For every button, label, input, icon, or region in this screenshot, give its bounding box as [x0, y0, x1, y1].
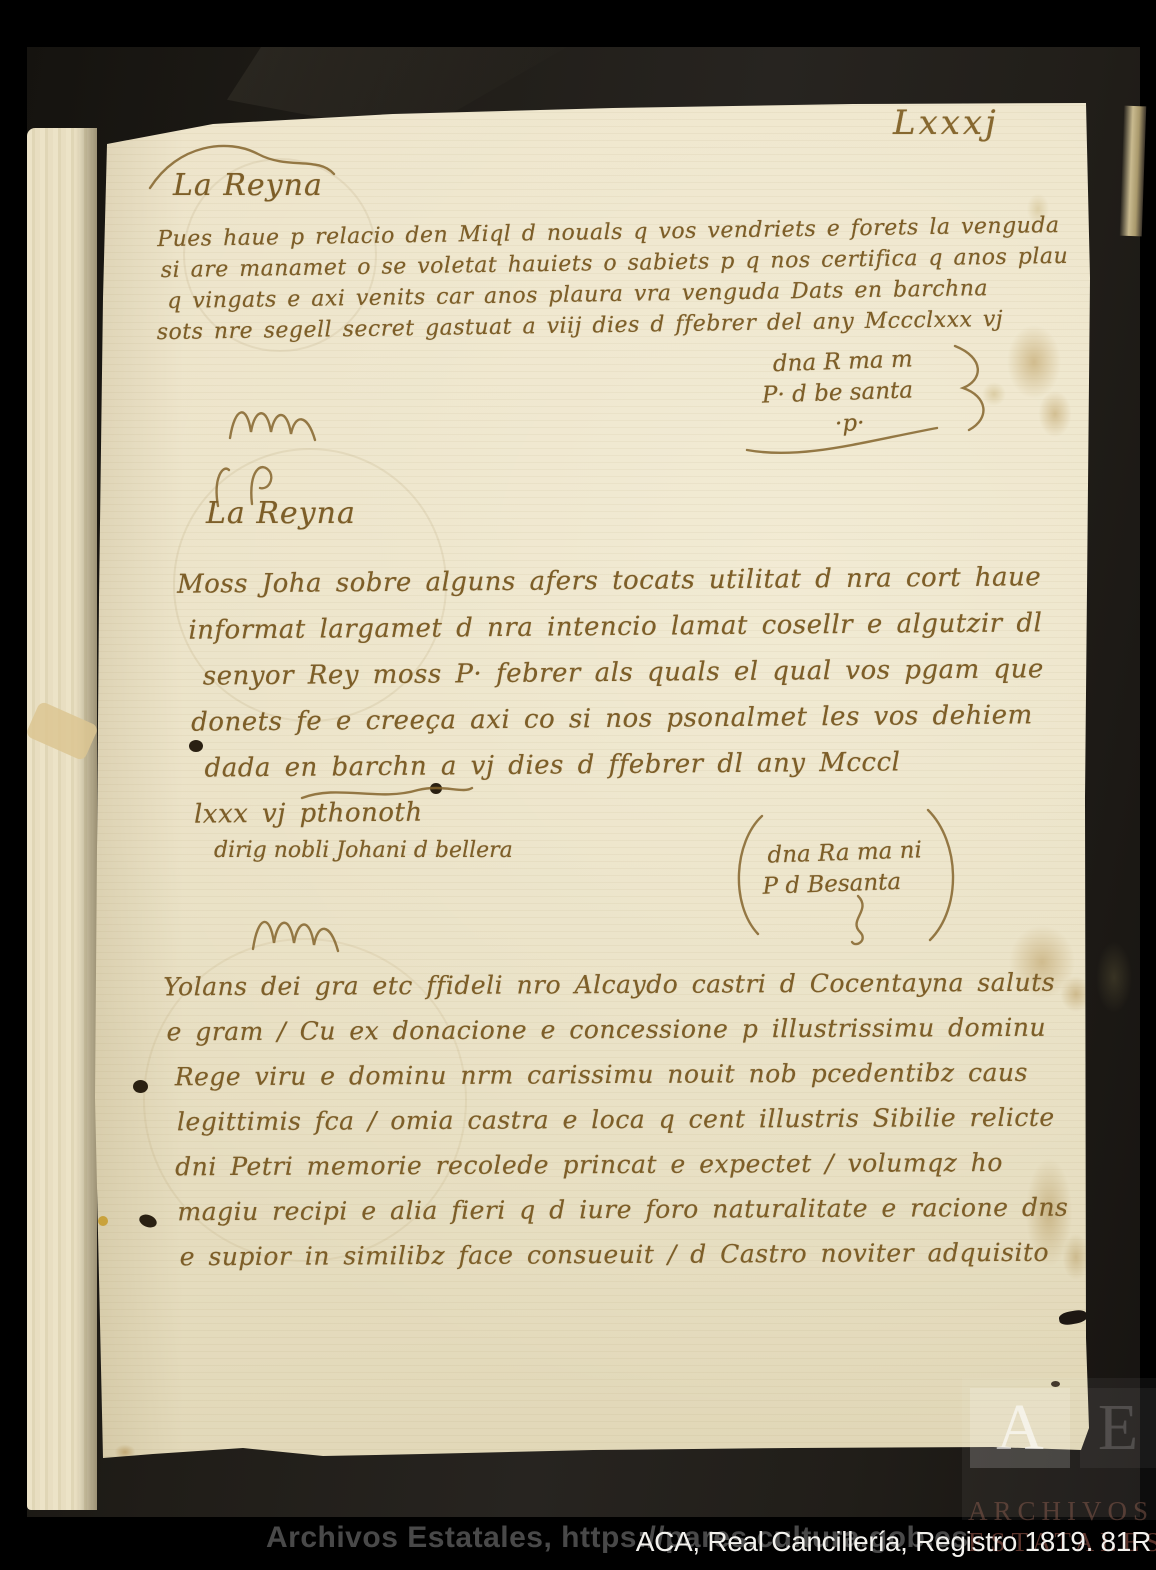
- logo-text-archivos: ARCHIVOS: [968, 1496, 1154, 1527]
- manuscript-line: senyor Rey moss P· febrer als quals el q…: [203, 646, 1044, 699]
- manuscript-line: dni Petri memorie recolede princat e exp…: [175, 1140, 1068, 1190]
- manuscript-line: Moss Joha sobre alguns afers tocats util…: [177, 554, 1043, 608]
- image-caption: ACA, Real Cancillería, Registro 1819. 81…: [636, 1526, 1151, 1558]
- signature-swash: [742, 420, 942, 460]
- letter1-body: Pues haue p relacio den Miql d nouals q …: [157, 210, 1069, 348]
- page-edge-sliver: [1120, 106, 1147, 237]
- manuscript-line: magiu recipi e alia fieri q d iure foro …: [177, 1185, 1068, 1235]
- letter3-body: Yolans dei gra etc ffideli nro Alcaydo c…: [163, 960, 1069, 1280]
- cover-stain: [1090, 930, 1138, 1025]
- letter1-heading: La Reyna: [173, 168, 323, 203]
- pen-underline: [298, 778, 478, 806]
- logo-letter-e: E: [1098, 1390, 1138, 1466]
- manuscript-line: e gram / Cu ex donacione e concessione p…: [166, 1005, 1067, 1055]
- manuscript-line: Yolans dei gra etc ffideli nro Alcaydo c…: [163, 960, 1067, 1010]
- manuscript-line: informat largamet d nra intencio lamat c…: [188, 600, 1043, 653]
- manuscript-line: donets fe e creeça axi co si nos psonalm…: [191, 692, 1044, 745]
- stain: [1033, 383, 1077, 445]
- letter2-address: dirig nobli Johani d bellera: [214, 838, 513, 863]
- folio-number: Lxxxj: [893, 103, 999, 143]
- letter2-heading: La Reyna: [206, 496, 356, 531]
- logo-letter-e-tile: E: [1080, 1388, 1156, 1468]
- manuscript-line: e supior in similibz face consueuit / d …: [180, 1230, 1069, 1280]
- archive-photo-viewer: Lxxxj La Reyna Pues haue p relacio den M…: [0, 0, 1156, 1570]
- signature-bracket: [945, 340, 997, 435]
- pen-squiggle: [225, 398, 321, 446]
- logo-letter-a: A: [996, 1390, 1044, 1466]
- pen-squiggle: [248, 905, 344, 957]
- signature-paren-right: [918, 806, 966, 944]
- manuscript-line: dna R ma m: [772, 344, 913, 380]
- book-fore-edge: [27, 128, 97, 1510]
- manuscript-line: legittimis fca / omia castra e loca q ce…: [177, 1095, 1068, 1145]
- manuscript-line: Rege viru e dominu nrm carissimu nouit n…: [175, 1050, 1068, 1100]
- wormhole: [133, 1080, 148, 1093]
- signature-flourish: [838, 892, 880, 950]
- ink-speck: [98, 1216, 108, 1226]
- manuscript-line: P· d be santa: [762, 375, 915, 411]
- logo-letter-a-tile: A: [970, 1388, 1070, 1468]
